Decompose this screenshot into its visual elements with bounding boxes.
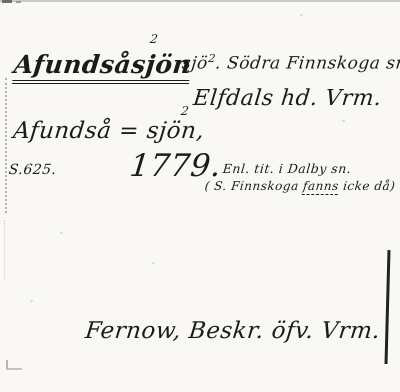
- noise-speck: [152, 262, 155, 264]
- noise-speck: [342, 120, 345, 122]
- note-prefix: ( S. Finnskoga: [204, 179, 304, 193]
- noise-speck: [60, 232, 63, 234]
- right-edge-ink-line: [385, 250, 390, 364]
- scan-left-edge: [5, 78, 7, 213]
- scan-top-mark: [2, 0, 12, 3]
- noise-speck: [300, 14, 303, 16]
- scan-left-edge: [4, 220, 5, 280]
- scan-corner-mark: [6, 360, 22, 370]
- district-text: Elfdals hd. Vrm.: [192, 86, 383, 111]
- feature-type: sjö: [181, 54, 209, 74]
- noise-speck: [30, 300, 33, 302]
- note-suffix: icke då): [338, 179, 396, 193]
- note-underlined-word: fanns: [302, 179, 339, 195]
- note-line-1: Enl. tit. i Dalby sn.: [222, 161, 352, 176]
- variant-name: Afundså = sjön,: [12, 118, 206, 144]
- parish-text: . Södra Finnskoga sn.: [214, 54, 400, 74]
- page-reference: S.625.: [8, 162, 57, 178]
- headword: Afundsåsjön: [12, 50, 193, 84]
- tone-accent-variant: 2: [180, 104, 190, 118]
- entry-line-1: sjö2. Södra Finnskoga sn.: [181, 52, 400, 74]
- tone-accent-headword: 2: [149, 32, 159, 46]
- source-citation: Fernow, Beskr. öfv. Vrm.: [84, 318, 382, 344]
- scan-top-edge: [0, 0, 400, 2]
- note-line-2: ( S. Finnskoga fanns icke då): [204, 179, 396, 193]
- scan-top-mark: [16, 1, 21, 3]
- archive-index-card: Afundsåsjön 2 sjö2. Södra Finnskoga sn. …: [0, 0, 400, 392]
